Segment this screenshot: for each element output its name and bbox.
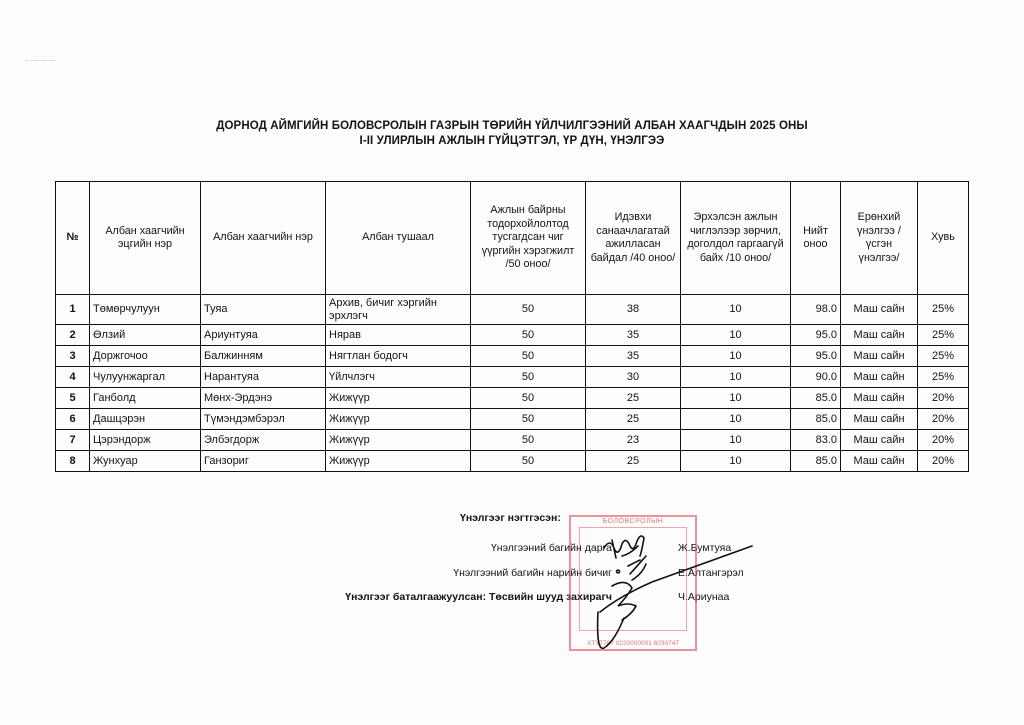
handwritten-signatures [0, 0, 1024, 725]
signature-stroke-1 [604, 536, 644, 558]
signature-stroke-2 [617, 556, 646, 580]
signature-loop [598, 612, 624, 648]
signature-stroke-3 [600, 546, 752, 620]
